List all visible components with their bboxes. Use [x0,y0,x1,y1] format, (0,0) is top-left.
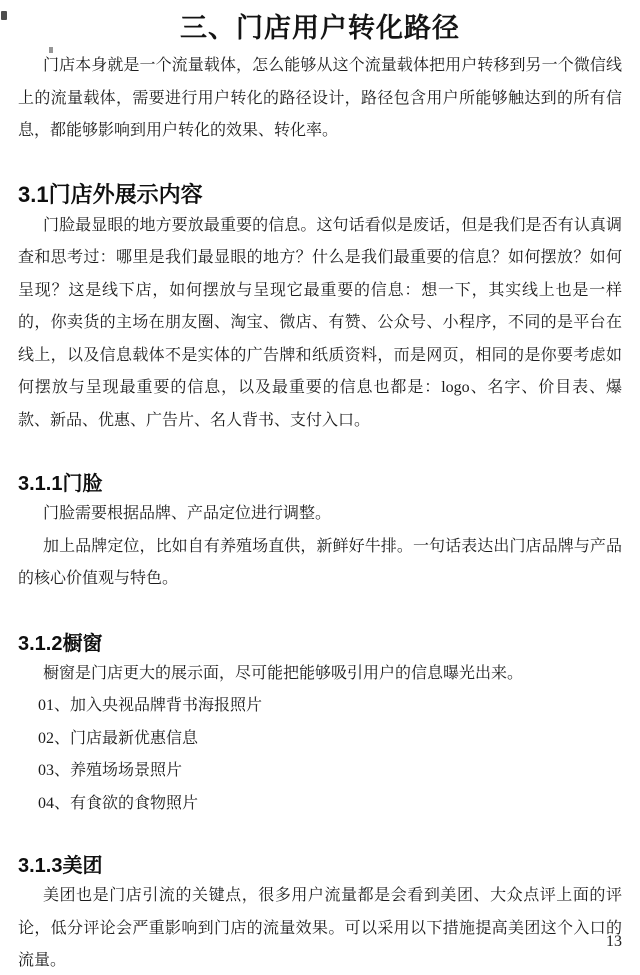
scan-artifact [49,47,53,53]
page-number: 13 [606,933,622,951]
section-3-1-1-paragraph-1: 门脸需要根据品牌、产品定位进行调整。 [18,498,622,531]
list-item: 02、门店最新优惠信息 [38,723,622,756]
page-title: 三、门店用户转化路径 [18,8,622,48]
section-3-1-1-paragraph-2: 加上品牌定位，比如自有养殖场直供，新鲜好牛排。一句话表达出门店品牌与产品的核心价… [18,531,622,596]
section-heading-3-1: 3.1门店外展示内容 [18,180,622,210]
list-item: 01、加入央视品牌背书海报照片 [38,690,622,723]
section-3-1-3-paragraph-1: 美团也是门店引流的关键点，很多用户流量都是会看到美团、大众点评上面的评论，低分评… [18,880,622,975]
section-3-1-2-paragraph-1: 橱窗是门店更大的展示面，尽可能把能够吸引用户的信息曝光出来。 [18,658,622,691]
showcase-item-list: 01、加入央视品牌背书海报照片 02、门店最新优惠信息 03、养殖场场景照片 0… [18,690,622,820]
list-item: 04、有食欲的食物照片 [38,788,622,821]
document-page: 三、门店用户转化路径 门店本身就是一个流量载体，怎么能够从这个流量载体把用户转移… [0,0,640,975]
list-item: 03、养殖场场景照片 [38,755,622,788]
intro-paragraph: 门店本身就是一个流量载体，怎么能够从这个流量载体把用户转移到另一个微信线上的流量… [18,50,622,148]
section-heading-3-1-3: 3.1.3美团 [18,852,622,880]
section-heading-3-1-1: 3.1.1门脸 [18,470,622,498]
section-heading-3-1-2: 3.1.2橱窗 [18,630,622,658]
section-3-1-paragraph: 门脸最显眼的地方要放最重要的信息。这句话看似是废话，但是我们是否有认真调查和思考… [18,210,622,438]
scan-artifact [1,11,7,20]
